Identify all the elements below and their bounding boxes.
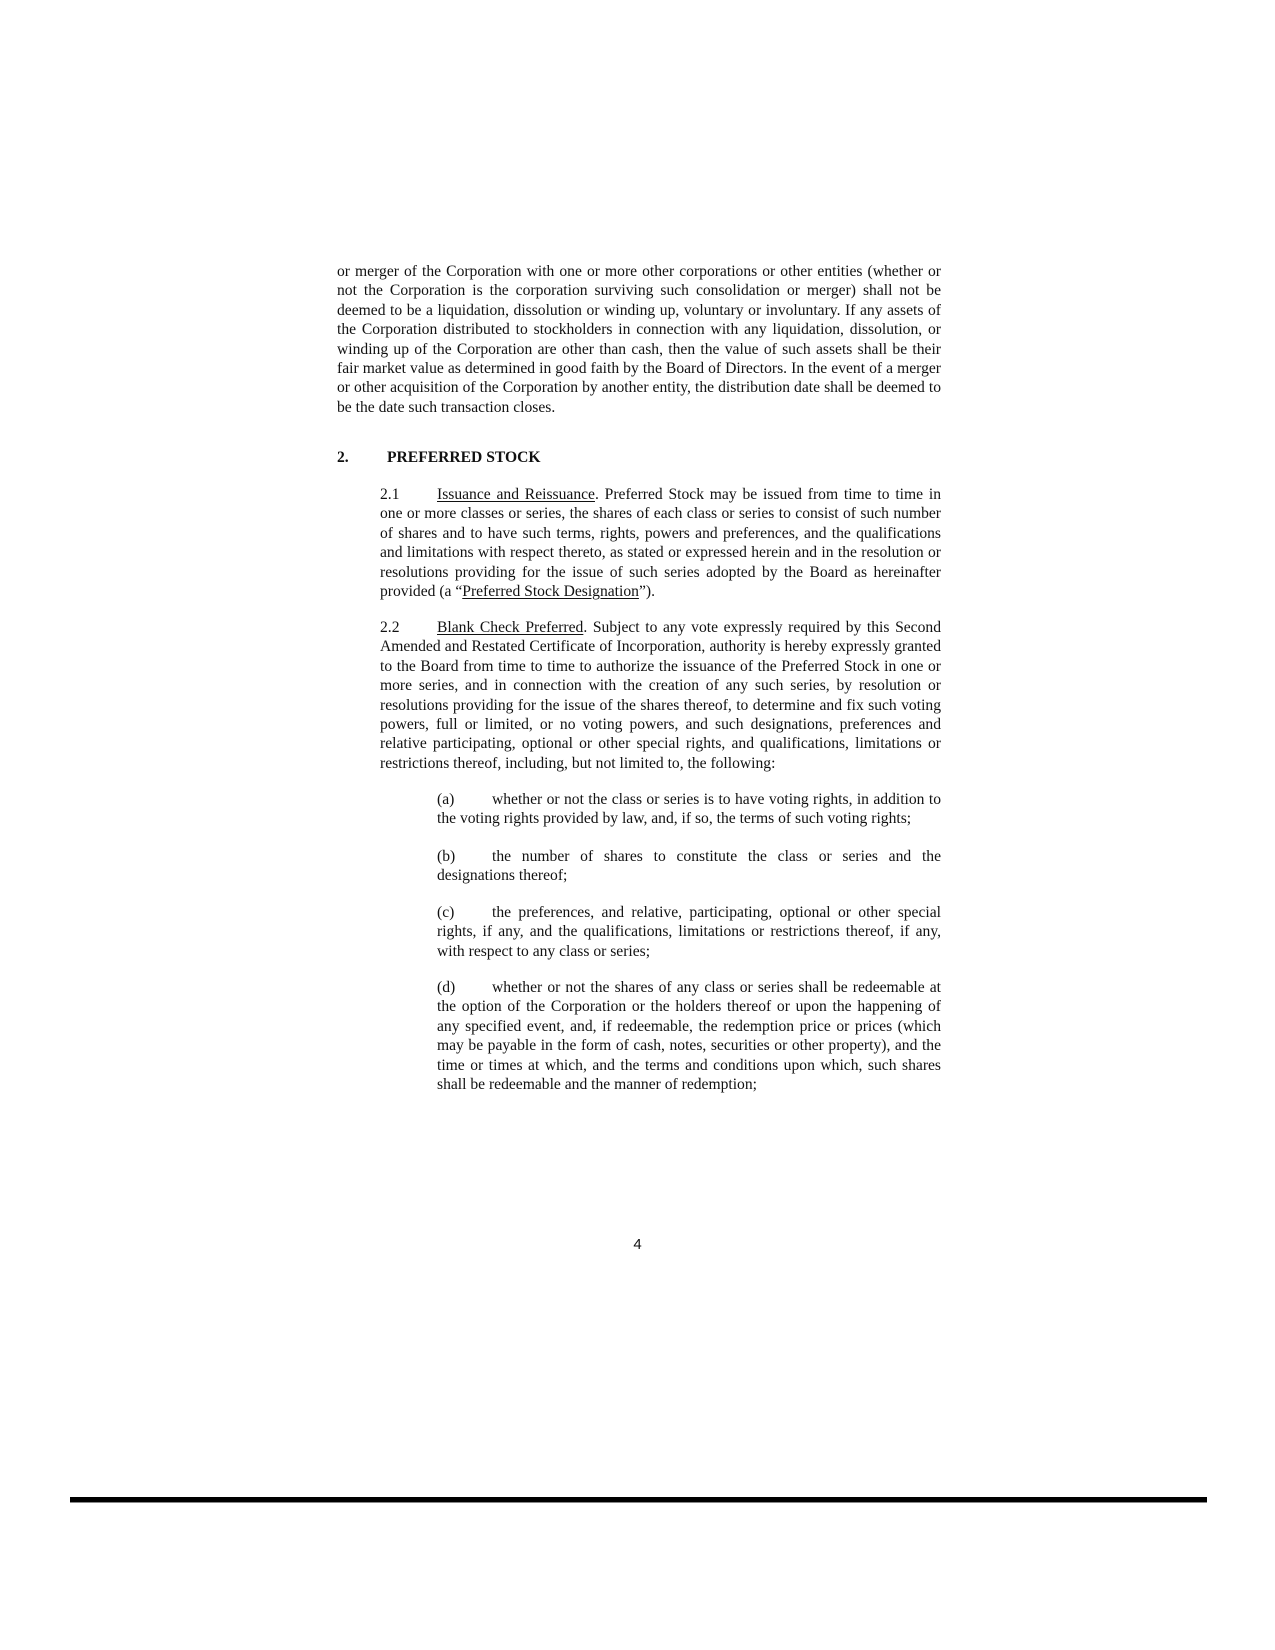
item-text: whether or not the class or series is to… <box>437 791 941 827</box>
page-separator-rule <box>70 1497 1207 1503</box>
item-label: (c) <box>437 903 492 922</box>
item-text: whether or not the shares of any class o… <box>437 979 941 1093</box>
list-item-c: (c)the preferences, and relative, partic… <box>337 903 941 961</box>
item-label: (b) <box>437 847 492 866</box>
section-number: 2. <box>337 448 387 467</box>
continuation-paragraph: or merger of the Corporation with one or… <box>337 262 941 417</box>
subsection-paragraph: 2.2Blank Check Preferred. Subject to any… <box>337 618 941 773</box>
subsection-number: 2.1 <box>380 485 437 504</box>
list-item-a: (a)whether or not the class or series is… <box>337 790 941 829</box>
subsection-2-2: 2.2Blank Check Preferred. Subject to any… <box>337 618 941 773</box>
subsection-number: 2.2 <box>380 618 437 637</box>
list-item: (d)whether or not the shares of any clas… <box>337 978 941 1094</box>
item-label: (d) <box>437 978 492 997</box>
page-number: 4 <box>0 1236 1275 1253</box>
subsection-body: . Subject to any vote expressly required… <box>380 619 941 772</box>
list-item-b: (b)the number of shares to constitute th… <box>337 847 941 886</box>
section-title: PREFERRED STOCK <box>387 449 541 466</box>
document-body: or merger of the Corporation with one or… <box>337 262 941 417</box>
defined-term: Preferred Stock Designation <box>462 583 639 600</box>
subsection-title: Issuance and Reissuance <box>437 486 595 503</box>
list-item: (c)the preferences, and relative, partic… <box>337 903 941 961</box>
item-text: the preferences, and relative, participa… <box>437 904 941 960</box>
subsection-2-1: 2.1Issuance and Reissuance. Preferred St… <box>337 485 941 601</box>
item-label: (a) <box>437 790 492 809</box>
list-item-d: (d)whether or not the shares of any clas… <box>337 978 941 1094</box>
subsection-paragraph: 2.1Issuance and Reissuance. Preferred St… <box>337 485 941 601</box>
list-item: (a)whether or not the class or series is… <box>337 790 941 829</box>
subsection-body-end: ”). <box>639 583 655 600</box>
list-item: (b)the number of shares to constitute th… <box>337 847 941 886</box>
subsection-title: Blank Check Preferred <box>437 619 583 636</box>
section-heading: 2.PREFERRED STOCK <box>337 448 941 467</box>
item-text: the number of shares to constitute the c… <box>437 848 941 884</box>
